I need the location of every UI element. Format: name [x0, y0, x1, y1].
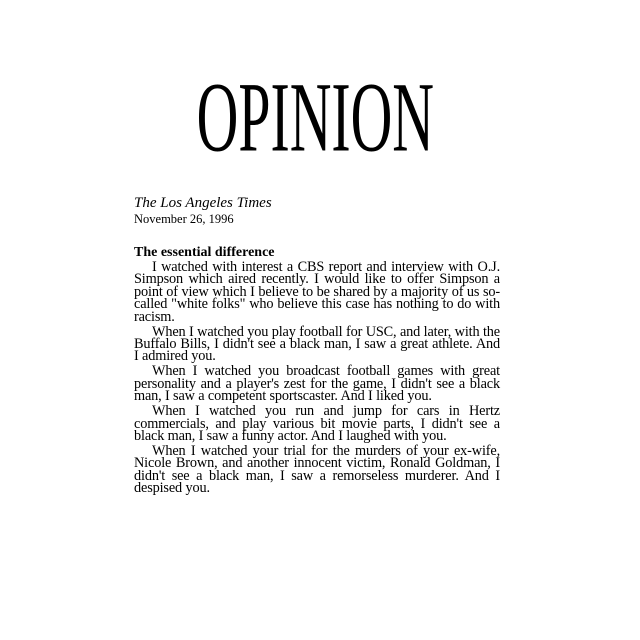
article-paragraph: I watched with interest a CBS report and…: [134, 261, 500, 323]
article-paragraph: When I watched you run and jump for cars…: [134, 405, 500, 442]
publication-date: November 26, 1996: [134, 212, 234, 226]
masthead-title: OPINION: [196, 67, 433, 167]
article-paragraph: When I watched you play football for USC…: [134, 326, 500, 363]
article: The essential difference I watched with …: [134, 244, 500, 495]
masthead: OPINION: [150, 62, 480, 172]
article-paragraph: When I watched you broadcast football ga…: [134, 365, 500, 402]
publication-name: The Los Angeles Times: [134, 195, 272, 212]
article-paragraph: When I watched your trial for the murder…: [134, 445, 500, 495]
